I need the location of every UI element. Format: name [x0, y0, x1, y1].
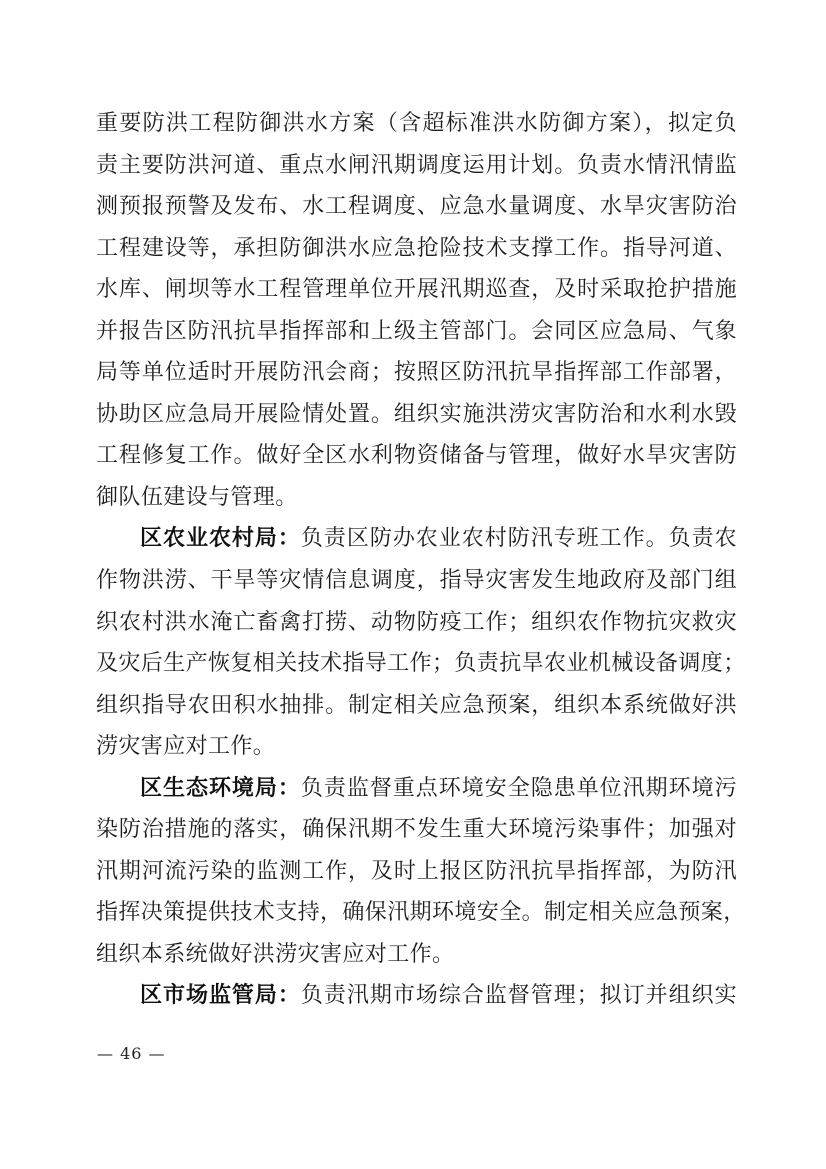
- text-line: 协助区应急局开展险情处置。组织实施洪涝灾害防治和水利水毁: [96, 394, 737, 436]
- document-page: 重要防洪工程防御洪水方案（含超标准洪水防御方案），拟定负 责主要防洪河道、重点水…: [0, 0, 826, 1169]
- text-line: 及灾后生产恢复相关技术指导工作；负责抗旱农业机械设备调度；: [96, 643, 737, 685]
- text-line: 染防治措施的落实，确保汛期不发生重大环境污染事件；加强对: [96, 809, 737, 851]
- document-body: 重要防洪工程防御洪水方案（含超标准洪水防御方案），拟定负 责主要防洪河道、重点水…: [96, 103, 737, 1017]
- text-line: 水库、闸坝等水工程管理单位开展汛期巡查，及时采取抢护措施: [96, 269, 737, 311]
- section-ecology-environment-bureau: 区生态环境局：负责监督重点环境安全隐患单位汛期环境污 染防治措施的落实，确保汛期…: [96, 768, 737, 976]
- text-line: 区市场监管局：负责汛期市场综合监督管理；拟订并组织实: [96, 975, 737, 1017]
- text-line: 涝灾害应对工作。: [96, 726, 737, 768]
- text-run: 负责区防办农业农村防汛专班工作。负责农: [301, 526, 737, 551]
- text-line: 区生态环境局：负责监督重点环境安全隐患单位汛期环境污: [96, 768, 737, 810]
- text-line: 指挥决策提供技术支持，确保汛期环境安全。制定相关应急预案，: [96, 892, 737, 934]
- text-line: 织农村洪水淹亡畜禽打捞、动物防疫工作；组织农作物抗灾救灾: [96, 602, 737, 644]
- page-number: — 46 —: [97, 1044, 166, 1064]
- section-title-agriculture-rural-bureau: 区农业农村局：: [140, 526, 301, 551]
- text-line: 作物洪涝、干旱等灾情信息调度，指导灾害发生地政府及部门组: [96, 560, 737, 602]
- text-line: 组织指导农田积水抽排。制定相关应急预案，组织本系统做好洪: [96, 685, 737, 727]
- text-line: 重要防洪工程防御洪水方案（含超标准洪水防御方案），拟定负: [96, 103, 737, 145]
- text-line: 汛期河流污染的监测工作，及时上报区防汛抗旱指挥部，为防汛: [96, 851, 737, 893]
- section-market-regulation-bureau: 区市场监管局：负责汛期市场综合监督管理；拟订并组织实: [96, 975, 737, 1017]
- text-run: 负责汛期市场综合监督管理；拟订并组织实: [301, 983, 737, 1008]
- text-line: 局等单位适时开展防汛会商；按照区防汛抗旱指挥部工作部署，: [96, 352, 737, 394]
- text-line: 御队伍建设与管理。: [96, 477, 737, 519]
- text-line: 测预报预警及发布、水工程调度、应急水量调度、水旱灾害防治: [96, 186, 737, 228]
- text-line: 并报告区防汛抗旱指挥部和上级主管部门。会同区应急局、气象: [96, 311, 737, 353]
- text-line: 区农业农村局：负责区防办农业农村防汛专班工作。负责农: [96, 518, 737, 560]
- section-agriculture-rural-bureau: 区农业农村局：负责区防办农业农村防汛专班工作。负责农 作物洪涝、干旱等灾情信息调…: [96, 518, 737, 767]
- text-line: 责主要防洪河道、重点水闸汛期调度运用计划。负责水情汛情监: [96, 145, 737, 187]
- text-line: 工程修复工作。做好全区水利物资储备与管理，做好水旱灾害防: [96, 435, 737, 477]
- text-run: 负责监督重点环境安全隐患单位汛期环境污: [301, 776, 737, 801]
- section-title-market-regulation-bureau: 区市场监管局：: [140, 983, 301, 1008]
- text-line: 工程建设等，承担防御洪水应急抢险技术支撑工作。指导河道、: [96, 228, 737, 270]
- paragraph-flood-control-continuation: 重要防洪工程防御洪水方案（含超标准洪水防御方案），拟定负 责主要防洪河道、重点水…: [96, 103, 737, 518]
- section-title-ecology-environment-bureau: 区生态环境局：: [140, 776, 301, 801]
- text-line: 组织本系统做好洪涝灾害应对工作。: [96, 934, 737, 976]
